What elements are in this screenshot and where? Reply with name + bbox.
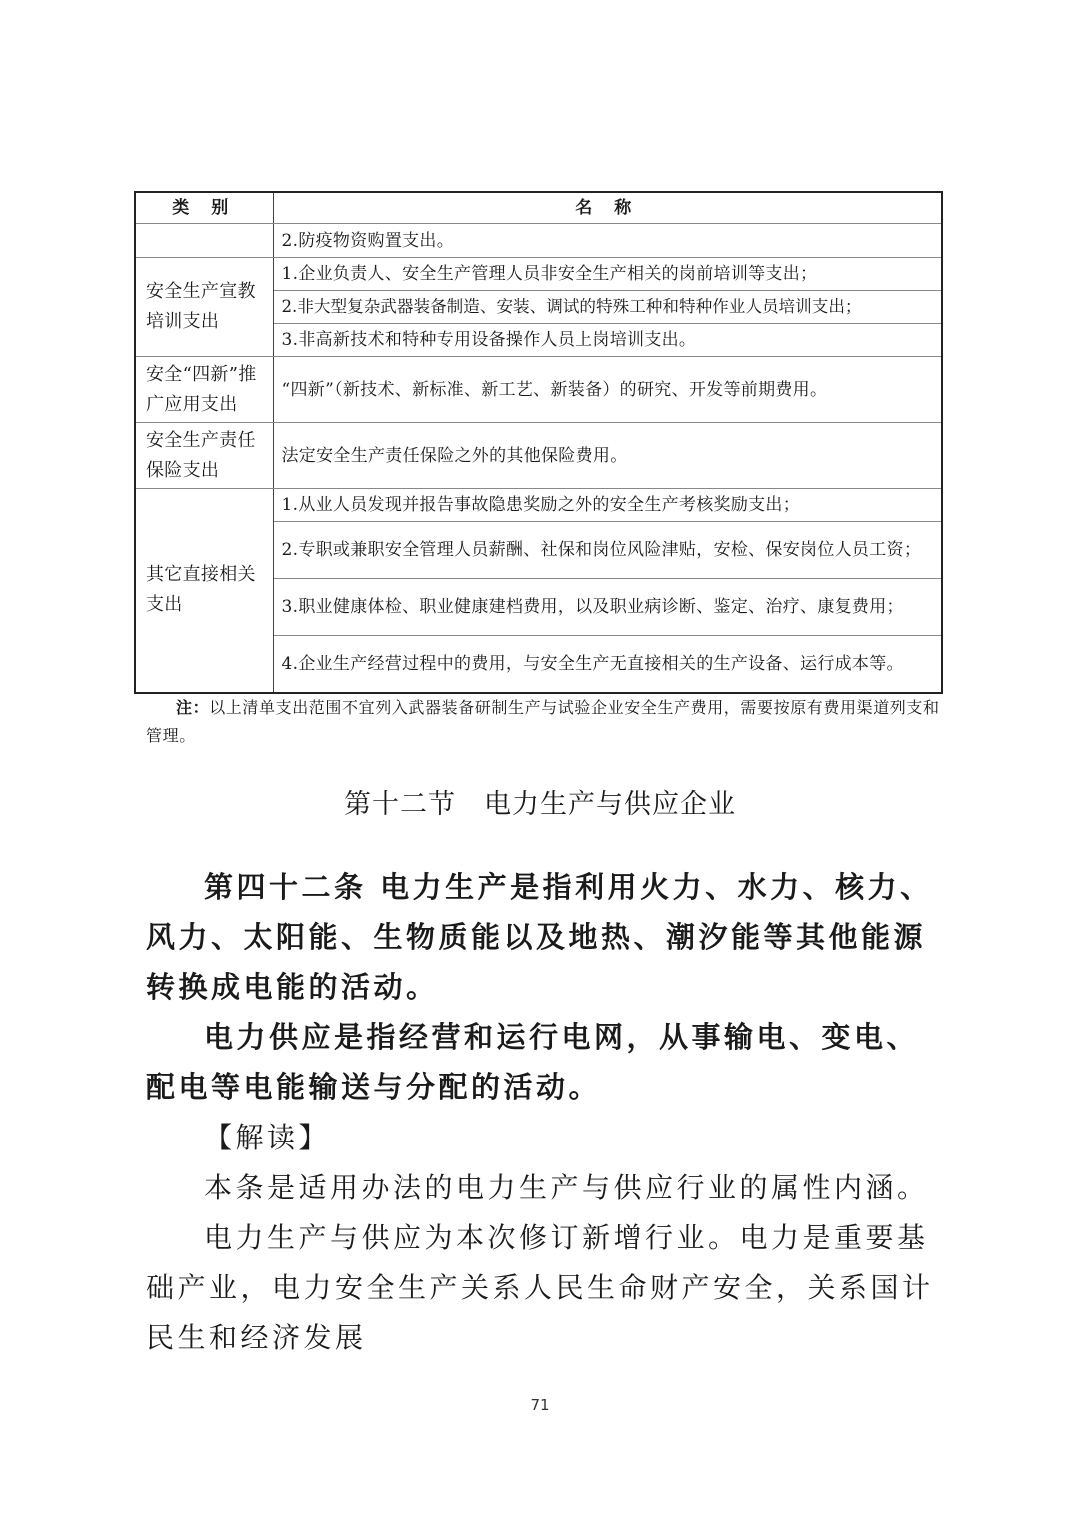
item-cell: 3.职业健康体检、职业健康建档费用，以及职业病诊断、鉴定、治疗、康复费用；: [273, 579, 942, 636]
table-row: 2.防疫物资购置支出。: [135, 224, 942, 258]
note-text: 以上清单支出范围不宜列入武器装备研制生产与试验企业安全生产费用，需要按原有费用渠…: [146, 698, 940, 745]
item-cell: 2.非大型复杂武器装备制造、安装、调试的特殊工种和特种作业人员培训支出；: [273, 291, 942, 324]
section-title: 第十二节 电力生产与供应企业: [0, 782, 1080, 821]
category-cell: [135, 224, 273, 258]
category-cell: 安全生产宣教培训支出: [135, 258, 273, 357]
interpretation-paragraph-1: 本条是适用办法的电力生产与供应行业的属性内涵。: [146, 1163, 946, 1213]
table-row: 其它直接相关支出 1.从业人员发现并报告事故隐患奖励之外的安全生产考核奖励支出；: [135, 489, 942, 522]
expense-table: 类 别 名 称 2.防疫物资购置支出。 安全生产宣教培训支出 1.企业负责人、安…: [134, 191, 943, 694]
item-cell: “四新”（新技术、新标准、新工艺、新装备）的研究、开发等前期费用。: [273, 357, 942, 423]
article-paragraph-2: 电力供应是指经营和运行电网，从事输电、变电、配电等电能输送与分配的活动。: [146, 1012, 946, 1112]
header-category: 类 别: [135, 192, 273, 224]
item-cell: 2.专职或兼职安全管理人员薪酬、社保和岗位风险津贴，安检、保安岗位人员工资；: [273, 522, 942, 579]
table-row: 安全“四新”推广应用支出 “四新”（新技术、新标准、新工艺、新装备）的研究、开发…: [135, 357, 942, 423]
item-cell: 4.企业生产经营过程中的费用，与安全生产无直接相关的生产设备、运行成本等。: [273, 636, 942, 693]
item-cell: 1.企业负责人、安全生产管理人员非安全生产相关的岗前培训等支出；: [273, 258, 942, 291]
article-paragraph-1: 第四十二条 电力生产是指利用火力、水力、核力、风力、太阳能、生物质能以及地热、潮…: [146, 862, 946, 1012]
table-header-row: 类 别 名 称: [135, 192, 942, 224]
table-row: 安全生产责任保险支出 法定安全生产责任保险之外的其他保险费用。: [135, 423, 942, 489]
item-cell: 法定安全生产责任保险之外的其他保险费用。: [273, 423, 942, 489]
category-cell: 其它直接相关支出: [135, 489, 273, 693]
item-cell: 3.非高新技术和特种专用设备操作人员上岗培训支出。: [273, 324, 942, 357]
interpretation-heading: 【解读】: [146, 1113, 946, 1163]
table-row: 安全生产宣教培训支出 1.企业负责人、安全生产管理人员非安全生产相关的岗前培训等…: [135, 258, 942, 291]
item-cell: 2.防疫物资购置支出。: [273, 224, 942, 258]
header-name: 名 称: [273, 192, 942, 224]
category-cell: 安全“四新”推广应用支出: [135, 357, 273, 423]
item-cell: 1.从业人员发现并报告事故隐患奖励之外的安全生产考核奖励支出；: [273, 489, 942, 522]
page-number: 71: [0, 1396, 1080, 1414]
table-note: 注：以上清单支出范围不宜列入武器装备研制生产与试验企业安全生产费用，需要按原有费…: [146, 694, 946, 750]
category-cell: 安全生产责任保险支出: [135, 423, 273, 489]
interpretation-paragraph-2: 电力生产与供应为本次修订新增行业。电力是重要基础产业，电力安全生产关系人民生命财…: [146, 1213, 946, 1363]
note-label: 注：: [176, 698, 209, 717]
